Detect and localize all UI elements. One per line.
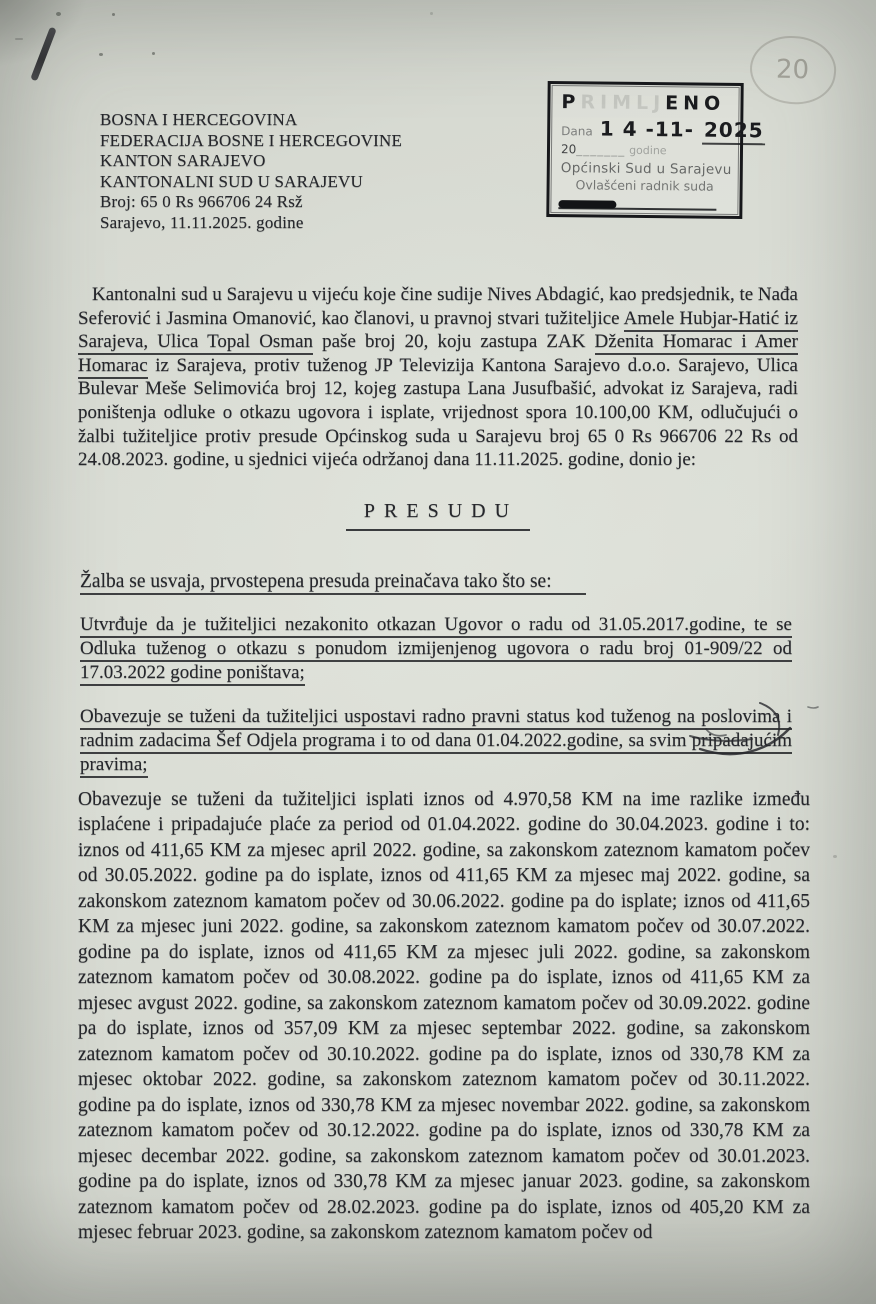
ruling-paragraph-2: Obavezuje se tuženi da tužiteljici uspos…	[80, 705, 792, 776]
judgment-heading: PRESUDU	[0, 500, 876, 523]
court-header-line: KANTON SARAJEVO	[100, 151, 402, 172]
ruling-paragraph-1: Utvrđuje da je tužiteljici nezakonito ot…	[80, 613, 792, 684]
stamp-officer-line: Ovlašćeni radnik suda	[561, 177, 729, 194]
document-page: 20 PRIMLJENO Dana 1 4 -11- 2025 20______…	[0, 0, 876, 1304]
received-stamp-inner-border: PRIMLJENO Dana 1 4 -11- 2025 20_______ g…	[550, 85, 739, 215]
paper-speck	[99, 53, 103, 56]
stamp-year-blank: _______	[576, 142, 625, 157]
stamp-year-prefix: 20	[561, 142, 576, 156]
paper-speck	[112, 13, 115, 16]
stamp-date-row: Dana 1 4 -11- 2025	[561, 116, 729, 142]
pen-slash-mark	[30, 27, 57, 82]
pencil-circled-number: 20	[746, 31, 840, 109]
ruling-1-text: Utvrđuje da je tužiteljici nezakonito ot…	[80, 614, 792, 686]
court-header-line: KANTONALNI SUD U SARAJEVU	[100, 172, 402, 193]
intro-text-segment: iz Sarajeva, protiv tuženog JP Televizij…	[78, 355, 798, 470]
stamp-date-value: 1 4 -11- 2025	[600, 117, 766, 143]
paper-speck	[833, 855, 837, 858]
pencil-note-text: 20	[776, 55, 810, 86]
stamp-year-suffix: godine	[629, 144, 667, 157]
ruling-paragraph-3: Obavezuje se tuženi da tužiteljici ispla…	[78, 787, 810, 1246]
stamp-ink-smudge	[558, 200, 718, 211]
stamp-court-line: Općinski Sud u Sarajevu	[561, 160, 729, 178]
stamp-title-visible-start: P	[561, 91, 580, 113]
stamp-received-label: PRIMLJENO	[561, 91, 729, 115]
ruling-2-text: Obavezuje se tuženi da tužiteljici uspos…	[80, 706, 792, 778]
paper-speck	[56, 12, 61, 16]
stamp-date-daymonth: 1 4 -11-	[600, 117, 694, 142]
paper-speck	[430, 12, 433, 15]
judgment-heading-text: PRESUDU	[346, 500, 530, 531]
court-header-line: FEDERACIJA BOSNE I HERCEGOVINE	[100, 131, 402, 152]
court-date-line: Sarajevo, 11.11.2025. godine	[100, 213, 402, 234]
court-header: BOSNA I HERCEGOVINA FEDERACIJA BOSNE I H…	[100, 110, 402, 234]
court-header-line: BOSNA I HERCEGOVINA	[100, 110, 402, 131]
ruling-intro-line: Žalba se usvaja, prvostepena presuda pre…	[80, 571, 800, 593]
ruling-intro-text: Žalba se usvaja, prvostepena presuda pre…	[80, 571, 586, 595]
intro-text-segment: paše broj 20, koju zastupa ZAK	[313, 331, 595, 352]
stamp-date-label: Dana	[561, 124, 593, 138]
paper-speck	[152, 52, 155, 55]
court-case-number: Broj: 65 0 Rs 966706 24 Rsž	[100, 192, 402, 213]
paper-speck	[15, 38, 23, 40]
stamp-year-line: 20_______ godine	[561, 142, 729, 158]
stamp-ink-underline	[558, 207, 716, 211]
stamp-title-visible-end: ENO	[665, 92, 725, 115]
received-stamp: PRIMLJENO Dana 1 4 -11- 2025 20_______ g…	[546, 81, 743, 219]
stamp-title-faded-middle: RIMLJ	[580, 91, 665, 114]
intro-paragraph: Kantonalni sud u Sarajevu u vijeću koje …	[78, 283, 798, 472]
stamp-date-year: 2025	[702, 118, 766, 146]
